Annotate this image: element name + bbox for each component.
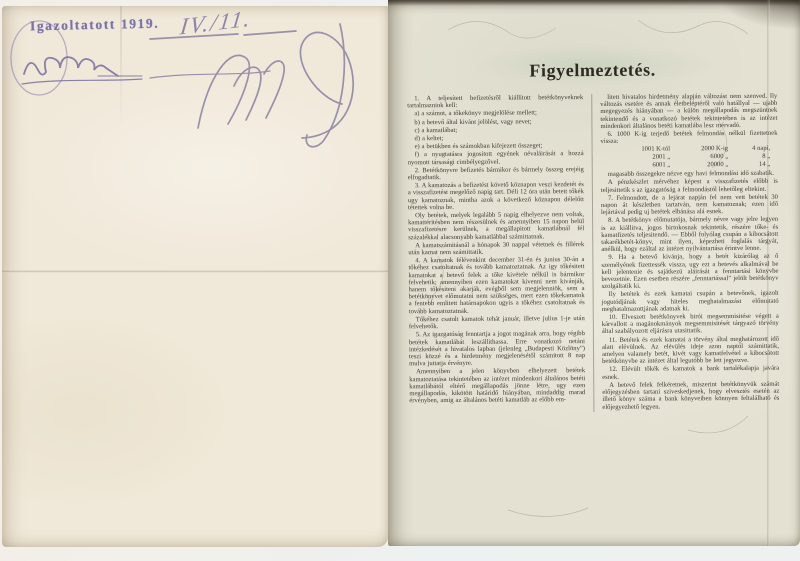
notice-paragraph: 11. Betétek és ezek kamatai a törvény ál… xyxy=(602,335,779,365)
pencil-signature-icon xyxy=(22,57,142,84)
pencil-signature-flourish-icon xyxy=(150,24,353,147)
notice-paragraph: 6. 1000 K-ig terjedő betétek felmondás n… xyxy=(600,130,777,146)
scanned-savings-book-spread: Igazoltatott 1919. IV./11. Figyelmezteté… xyxy=(0,0,800,561)
printed-notice: Figyelmeztetés. 1. A teljesített befizet… xyxy=(387,0,800,413)
notice-paragraph: 8. A betétkönyv előmutatója, bármely név… xyxy=(601,216,778,253)
notice-paragraph: 4. A kamatok félévenkint december 31-én … xyxy=(408,256,584,315)
notice-paragraph: a) a számot, a tőkekönyv megjelölése mel… xyxy=(407,109,583,117)
notice-paragraph: Ily betétek és ezek kamatai csupán a bet… xyxy=(602,290,779,313)
notice-paragraph: Amennyiben a jelen könyvben elhelyezett … xyxy=(409,367,585,404)
notice-paragraph: A betevő felek felkéretnek, miszerint be… xyxy=(602,381,779,411)
verification-stamp-row: Igazoltatott 1919. IV./11. xyxy=(30,16,159,34)
notice-period-row: 6001 „ 20000 „ 14 „ xyxy=(601,160,778,169)
amount-from: 6001 „ xyxy=(608,161,670,169)
column-right-bottom: magasabb összegekre nézve egy havi felmo… xyxy=(601,170,780,411)
notice-paragraph: 2. Betétkönyvre befizetés bármikor és bá… xyxy=(408,166,584,182)
right-page: Figyelmeztetés. 1. A teljesített befizet… xyxy=(388,0,800,546)
notice-paragraph: 7. Felmondott, de a lejárat napján fel n… xyxy=(601,194,778,217)
handwritten-marks xyxy=(2,6,388,547)
page-title: Figyelmeztetés. xyxy=(407,59,778,83)
notice-paragraph: magasabb összegekre nézve egy havi felmo… xyxy=(601,170,778,178)
notice-paragraph: 3. A kamatozás a befizetést követő közna… xyxy=(408,181,584,211)
notice-paragraph: litett hivatalos hirdetmény alapján vált… xyxy=(600,93,777,130)
notice-paragraph: c) a kamatlábat; xyxy=(407,126,583,134)
notice-paragraph: 12. Elévült tőkék és kamatok a bank tart… xyxy=(602,365,779,381)
notice-paragraph: 5. Az igazgatóság fenntartja a jogot mag… xyxy=(409,330,585,367)
notice-paragraph: d) a keltet; xyxy=(408,134,584,142)
text-column-left: 1. A teljesített befizetésről kiállított… xyxy=(407,94,594,413)
notice-period-table: 1001 K-tól 2000 K-ig 4 napi, 2001 „ 6000… xyxy=(601,145,778,169)
notice-paragraph: f) a nyugtatásra jogositott egyének néva… xyxy=(408,150,584,166)
left-page: Igazoltatott 1919. IV./11. xyxy=(2,6,388,547)
two-column-text: 1. A teljesített befizetésről kiállított… xyxy=(407,93,780,413)
amount-to: 20000 „ xyxy=(670,161,728,169)
text-column-right: litett hivatalos hirdetmény alapján vált… xyxy=(592,93,779,412)
notice-paragraph: A pénzkészlet mérvéhez képest a visszafi… xyxy=(601,178,778,194)
verification-stamp: Igazoltatott 1919. xyxy=(30,16,160,35)
notice-days: 14 „ xyxy=(728,160,770,168)
notice-paragraph: Oly betétek, melyek legalább 5 napig elh… xyxy=(408,211,584,241)
notice-paragraph: 10. Elveszett betétkönyvek birói megsemm… xyxy=(602,313,779,336)
notice-paragraph: 1. A teljesített befizetésről kiállított… xyxy=(407,94,583,110)
notice-paragraph: Tőkéhez csatolt kamatok tehát január, il… xyxy=(409,315,585,331)
column-right-top: litett hivatalos hirdetmény alapján vált… xyxy=(600,93,777,146)
notice-paragraph: 9. Ha a betevő kivánja, hogy a betét kiz… xyxy=(601,253,778,290)
notice-paragraph: b) a betevő által kivánt jelölést, vagy … xyxy=(407,118,583,126)
notice-paragraph: e) a betükben és számokban kifejezett ös… xyxy=(408,142,584,150)
notice-paragraph: A kamatszámitásnál a hónapok 30 nappal v… xyxy=(408,241,584,257)
